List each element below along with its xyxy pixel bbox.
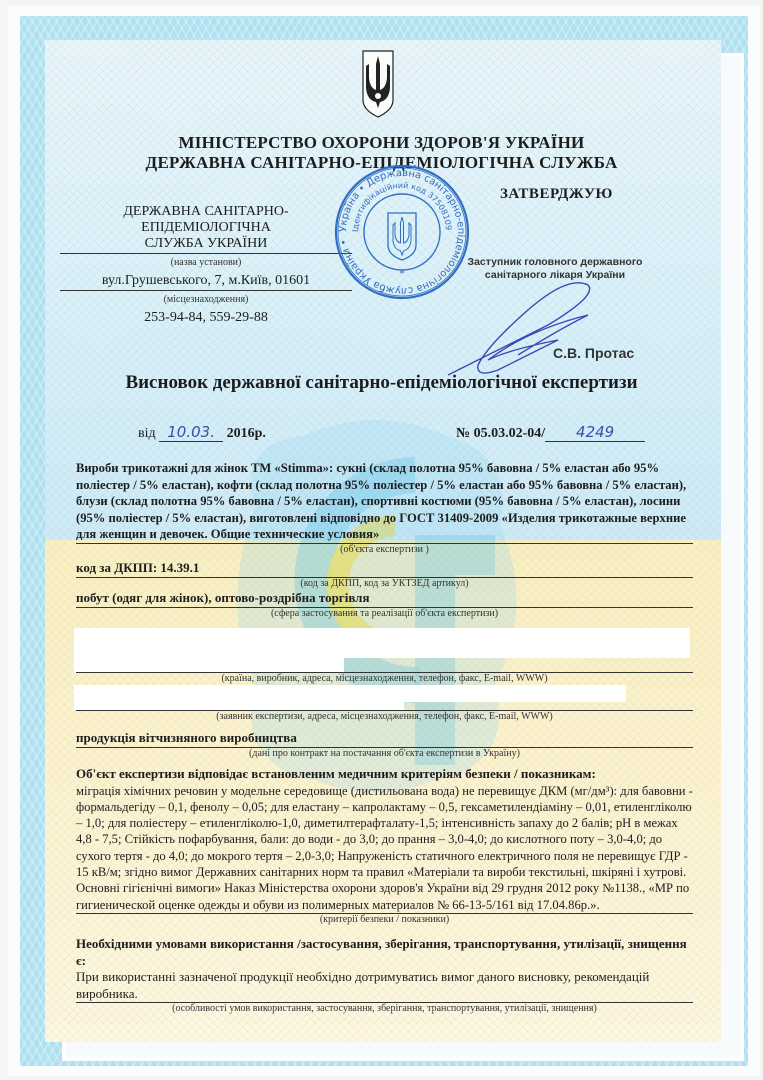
institution-name: ДЕРЖАВНА САНІТАРНО-ЕПІДЕМІОЛОГІЧНА СЛУЖБ… bbox=[60, 204, 352, 254]
manufacturer-redaction bbox=[74, 628, 690, 658]
institution-name-line1: ДЕРЖАВНА САНІТАРНО-ЕПІДЕМІОЛОГІЧНА bbox=[60, 204, 352, 236]
section-manufacturer: (країна, виробник, адреса, місцезнаходже… bbox=[76, 668, 693, 685]
section-code: код за ДКПП: 14.39.1 (код за ДКПП, код з… bbox=[76, 560, 693, 590]
signer-name: С.В. Протас bbox=[553, 345, 634, 361]
document-date: від 10.03. 2016р. bbox=[138, 423, 266, 442]
institution-block: ДЕРЖАВНА САНІТАРНО-ЕПІДЕМІОЛОГІЧНА СЛУЖБ… bbox=[60, 204, 352, 326]
ministry-name: МІНІСТЕРСТВО ОХОРОНИ ЗДОРОВ'Я УКРАЇНИ bbox=[100, 133, 663, 153]
object-caption: (об'єкта експертизи ) bbox=[76, 544, 693, 556]
criteria-text: міграція хімічних речовин у модельне сер… bbox=[76, 783, 693, 914]
conditions-caption: (особливості умов використання, застосув… bbox=[76, 1003, 693, 1015]
date-handwritten: 10.03. bbox=[159, 423, 223, 442]
number-prefix: № 05.03.02-04/ bbox=[456, 426, 545, 441]
contract-text: продукція вітчизняного виробництва bbox=[76, 730, 693, 748]
code-text: код за ДКПП: 14.39.1 bbox=[76, 560, 693, 578]
code-caption: (код за ДКПП, код за УКТЗЕД артикул) bbox=[76, 578, 693, 590]
date-prefix: від bbox=[138, 426, 156, 441]
institution-address-caption: (місцезнаходження) bbox=[60, 294, 352, 306]
conditions-heading: Необхідними умовами використання /застос… bbox=[76, 936, 693, 969]
institution-address: вул.Грушевського, 7, м.Київ, 01601 bbox=[60, 273, 352, 291]
document-title: Висновок державної санітарно-епідеміолог… bbox=[60, 372, 703, 394]
institution-name-line2: СЛУЖБА УКРАЇНИ bbox=[60, 236, 352, 252]
section-object: Вироби трикотажні для жінок ТМ «Stimma»:… bbox=[76, 460, 693, 556]
section-conditions: Необхідними умовами використання /застос… bbox=[76, 936, 693, 1015]
section-applicant: (заявник експертизи, адреса, місцезнаход… bbox=[76, 706, 693, 723]
contract-caption: (дані про контракт на постачання об'єкта… bbox=[76, 748, 693, 760]
coat-of-arms-icon bbox=[362, 50, 394, 118]
section-criteria: Об'єкт експертизи відповідає встановлени… bbox=[76, 766, 693, 926]
scope-caption: (сфера застосування та реалізації об'єкт… bbox=[76, 608, 693, 620]
conditions-text: При використанні зазначеної продукції не… bbox=[76, 969, 693, 1003]
section-scope: побут (одяг для жінок), оптово-роздрібна… bbox=[76, 590, 693, 620]
svg-text:*: * bbox=[399, 268, 405, 280]
institution-phones: 253-94-84, 559-29-88 bbox=[60, 310, 352, 326]
criteria-heading: Об'єкт експертизи відповідає встановлени… bbox=[76, 766, 693, 783]
approve-label: ЗАТВЕРДЖУЮ bbox=[500, 186, 613, 203]
date-year: 2016р. bbox=[227, 426, 266, 441]
number-handwritten: 4249 bbox=[545, 423, 645, 442]
section-contract: продукція вітчизняного виробництва (дані… bbox=[76, 730, 693, 760]
scope-text: побут (одяг для жінок), оптово-роздрібна… bbox=[76, 590, 693, 608]
document-number: № 05.03.02-04/4249 bbox=[456, 423, 645, 442]
approver-position-line1: Заступник головного державного bbox=[455, 256, 655, 269]
institution-name-caption: (назва установи) bbox=[60, 257, 352, 269]
applicant-caption: (заявник експертизи, адреса, місцезнаход… bbox=[76, 711, 693, 723]
signature-mark bbox=[438, 270, 648, 380]
criteria-caption: (критерії безпеки / показники) bbox=[76, 914, 693, 926]
manufacturer-caption: (країна, виробник, адреса, місцезнаходже… bbox=[76, 673, 693, 685]
object-text: Вироби трикотажні для жінок ТМ «Stimma»:… bbox=[76, 460, 693, 544]
